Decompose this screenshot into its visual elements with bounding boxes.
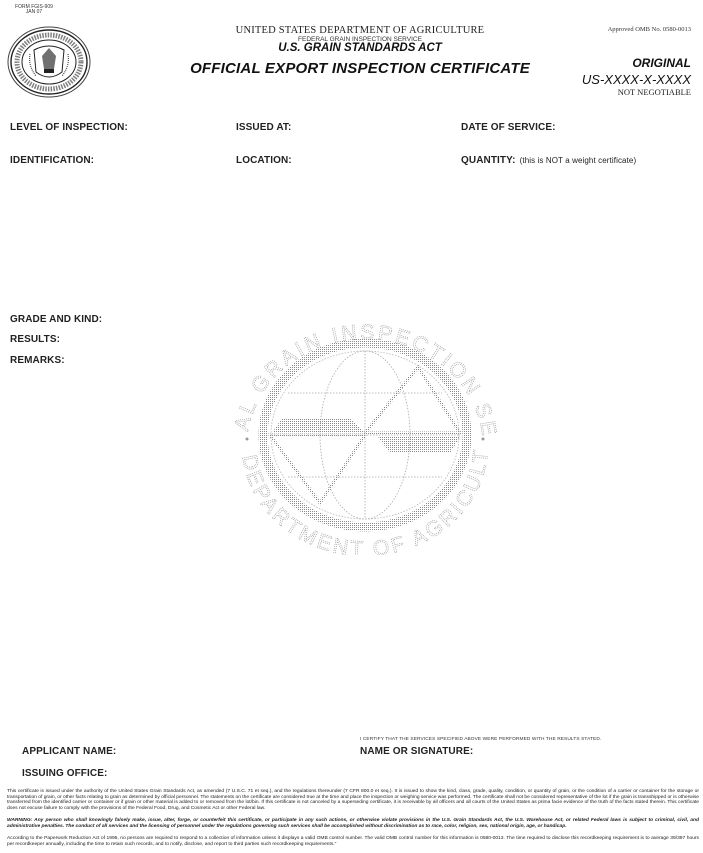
paperwork-fine-print: According to the Paperwork Reduction Act… [7, 836, 699, 847]
certificate-number: US-XXXX-X-XXXX [582, 72, 691, 87]
results-label: RESULTS: [10, 334, 60, 345]
quantity-label-text: QUANTITY: [461, 155, 516, 166]
usda-seal-icon [6, 24, 92, 100]
copy-type: ORIGINAL [632, 56, 691, 70]
issued-at-label: ISSUED AT: [236, 122, 291, 133]
quantity-label: QUANTITY:(this is NOT a weight certifica… [461, 155, 636, 166]
grade-and-kind-label: GRADE AND KIND: [10, 314, 102, 325]
form-number: FORM FGIS-909 JAN 07 [10, 5, 58, 15]
authority-fine-print: This certificate is issued under the aut… [7, 789, 699, 811]
negotiability-notice: NOT NEGOTIABLE [618, 87, 691, 97]
department-name: UNITED STATES DEPARTMENT OF AGRICULTURE [190, 25, 530, 36]
fgis-watermark-icon: FEDERAL GRAIN INSPECTION SERVICE U.S. DE… [220, 305, 510, 555]
issuing-office-label: ISSUING OFFICE: [22, 768, 107, 779]
certificate-title: OFFICIAL EXPORT INSPECTION CERTIFICATE [170, 60, 550, 77]
form-date-text: JAN 07 [10, 10, 58, 15]
warning-fine-print: WARNING: Any person who shall knowingly … [7, 818, 699, 829]
date-of-service-label: DATE OF SERVICE: [461, 122, 556, 133]
identification-label: IDENTIFICATION: [10, 155, 94, 166]
quantity-note: (this is NOT a weight certificate) [520, 156, 637, 165]
omb-approval: Approved OMB No. 0580-0013 [608, 26, 691, 33]
remarks-label: REMARKS: [10, 355, 65, 366]
applicant-name-label: APPLICANT NAME: [22, 746, 116, 757]
certification-statement: I CERTIFY THAT THE SERVICES SPECIFIED AB… [360, 737, 601, 742]
act-name: U.S. GRAIN STANDARDS ACT [190, 42, 530, 54]
name-or-signature-label: NAME OR SIGNATURE: [360, 746, 473, 757]
location-label: LOCATION: [236, 155, 292, 166]
level-of-inspection-label: LEVEL OF INSPECTION: [10, 122, 128, 133]
